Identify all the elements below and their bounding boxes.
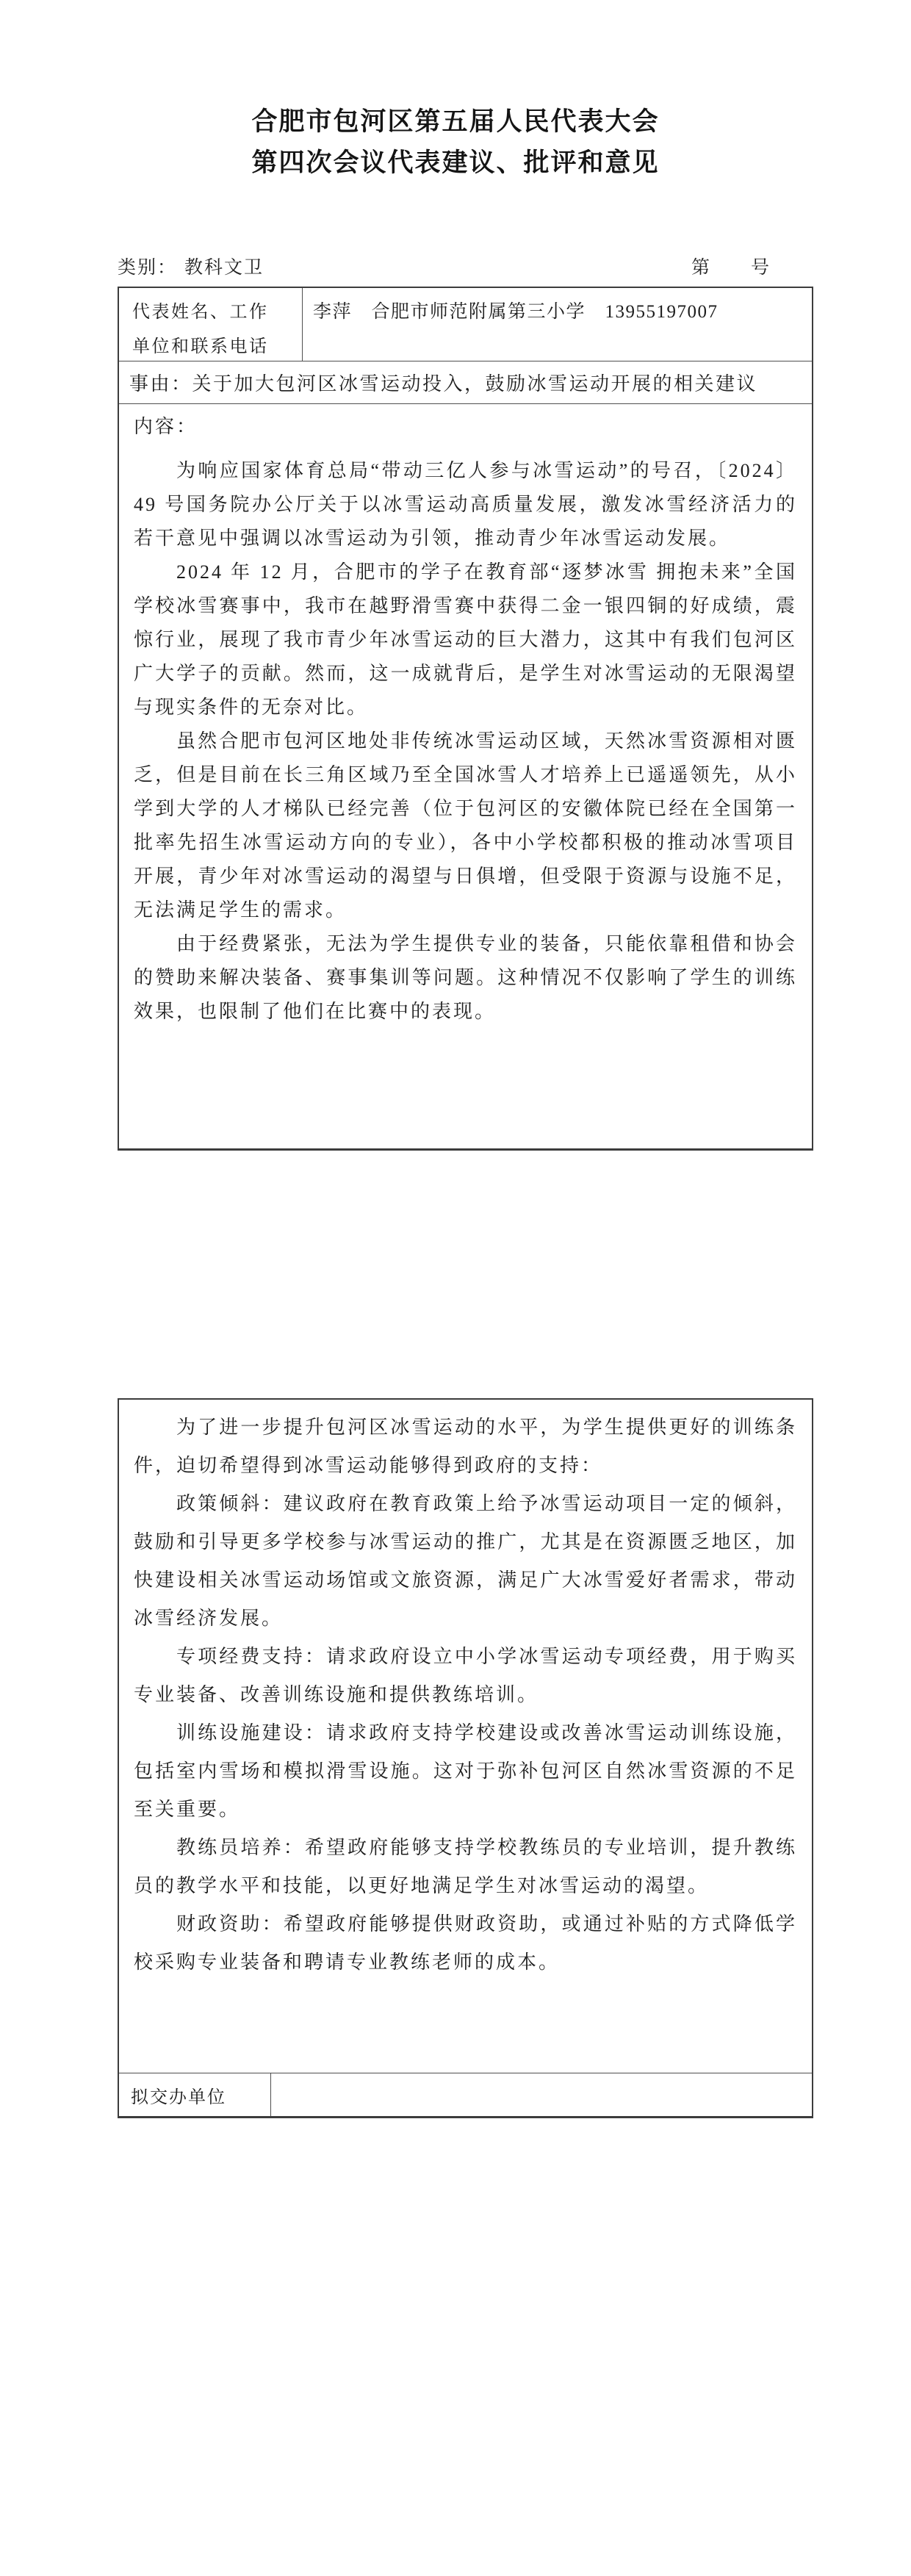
content-paragraph: 财政资助：希望政府能够提供财政资助，或通过补贴的方式降低学校采购专业装备和聘请专… (134, 1905, 797, 1982)
category-label: 类别： (118, 258, 177, 278)
content-label: 内容： (134, 410, 797, 444)
representative-row: 代表姓名、工作单位和联系电话 李萍 合肥市师范附属第三小学 1395519700… (119, 288, 812, 361)
page-title: 合肥市包河区第五届人民代表大会 第四次会议代表建议、批评和意见 (0, 101, 911, 184)
meta-row: 类别：教科文卫 第 号 (118, 253, 813, 279)
content-paragraph: 专项经费支持：请求政府设立中小学冰雪运动专项经费，用于购买专业装备、改善训练设施… (134, 1638, 797, 1714)
content-paragraph: 政策倾斜：建议政府在教育政策上给予冰雪运动项目一定的倾斜，鼓励和引导更多学校参与… (134, 1485, 797, 1638)
content-paragraph: 训练设施建设：请求政府支持学校建设或改善冰雪运动训练设施，包括室内雪场和模拟滑雪… (134, 1714, 797, 1829)
representative-value: 李萍 合肥市师范附属第三小学 13955197007 (303, 288, 812, 361)
subject-row: 事由：关于加大包河区冰雪运动投入，鼓励冰雪运动开展的相关建议 (119, 361, 812, 404)
assignment-unit-value (271, 2073, 812, 2116)
content-paragraph: 为了进一步提升包河区冰雪运动的水平，为学生提供更好的训练条件，迫切希望得到冰雪运… (134, 1408, 797, 1485)
representative-label: 代表姓名、工作单位和联系电话 (119, 288, 303, 361)
suggestion-form-table-page1: 代表姓名、工作单位和联系电话 李萍 合肥市师范附属第三小学 1395519700… (118, 287, 813, 1151)
category-field: 类别：教科文卫 (118, 253, 264, 279)
content-cell-page1: 内容： 为响应国家体育总局“带动三亿人参与冰雪运动”的号召，〔2024〕49 号… (119, 404, 812, 1148)
content-paragraph: 由于经费紧张，无法为学生提供专业的装备，只能依靠租借和协会的赞助来解决装备、赛事… (134, 927, 797, 1029)
number-field: 第 号 (691, 253, 813, 279)
document-page: 合肥市包河区第五届人民代表大会 第四次会议代表建议、批评和意见 类别：教科文卫 … (0, 0, 911, 2576)
content-paragraph: 教练员培养：希望政府能够支持学校教练员的专业培训，提升教练员的教学水平和技能，以… (134, 1829, 797, 1905)
suggestion-form-table-page2: 为了进一步提升包河区冰雪运动的水平，为学生提供更好的训练条件，迫切希望得到冰雪运… (118, 1398, 813, 2118)
content-paragraph: 为响应国家体育总局“带动三亿人参与冰雪运动”的号召，〔2024〕49 号国务院办… (134, 454, 797, 555)
category-value: 教科文卫 (184, 258, 264, 278)
content-cell-page2: 为了进一步提升包河区冰雪运动的水平，为学生提供更好的训练条件，迫切希望得到冰雪运… (119, 1400, 812, 2073)
content-paragraph: 2024 年 12 月，合肥市的学子在教育部“逐梦冰雪 拥抱未来”全国学校冰雪赛… (134, 555, 797, 724)
title-line-1: 合肥市包河区第五届人民代表大会 (0, 101, 911, 143)
assignment-unit-row: 拟交办单位 (119, 2073, 812, 2116)
title-line-2: 第四次会议代表建议、批评和意见 (0, 143, 911, 184)
content-paragraph: 虽然合肥市包河区地处非传统冰雪运动区域，天然冰雪资源相对匮乏，但是目前在长三角区… (134, 724, 797, 927)
assignment-unit-label: 拟交办单位 (119, 2073, 271, 2116)
